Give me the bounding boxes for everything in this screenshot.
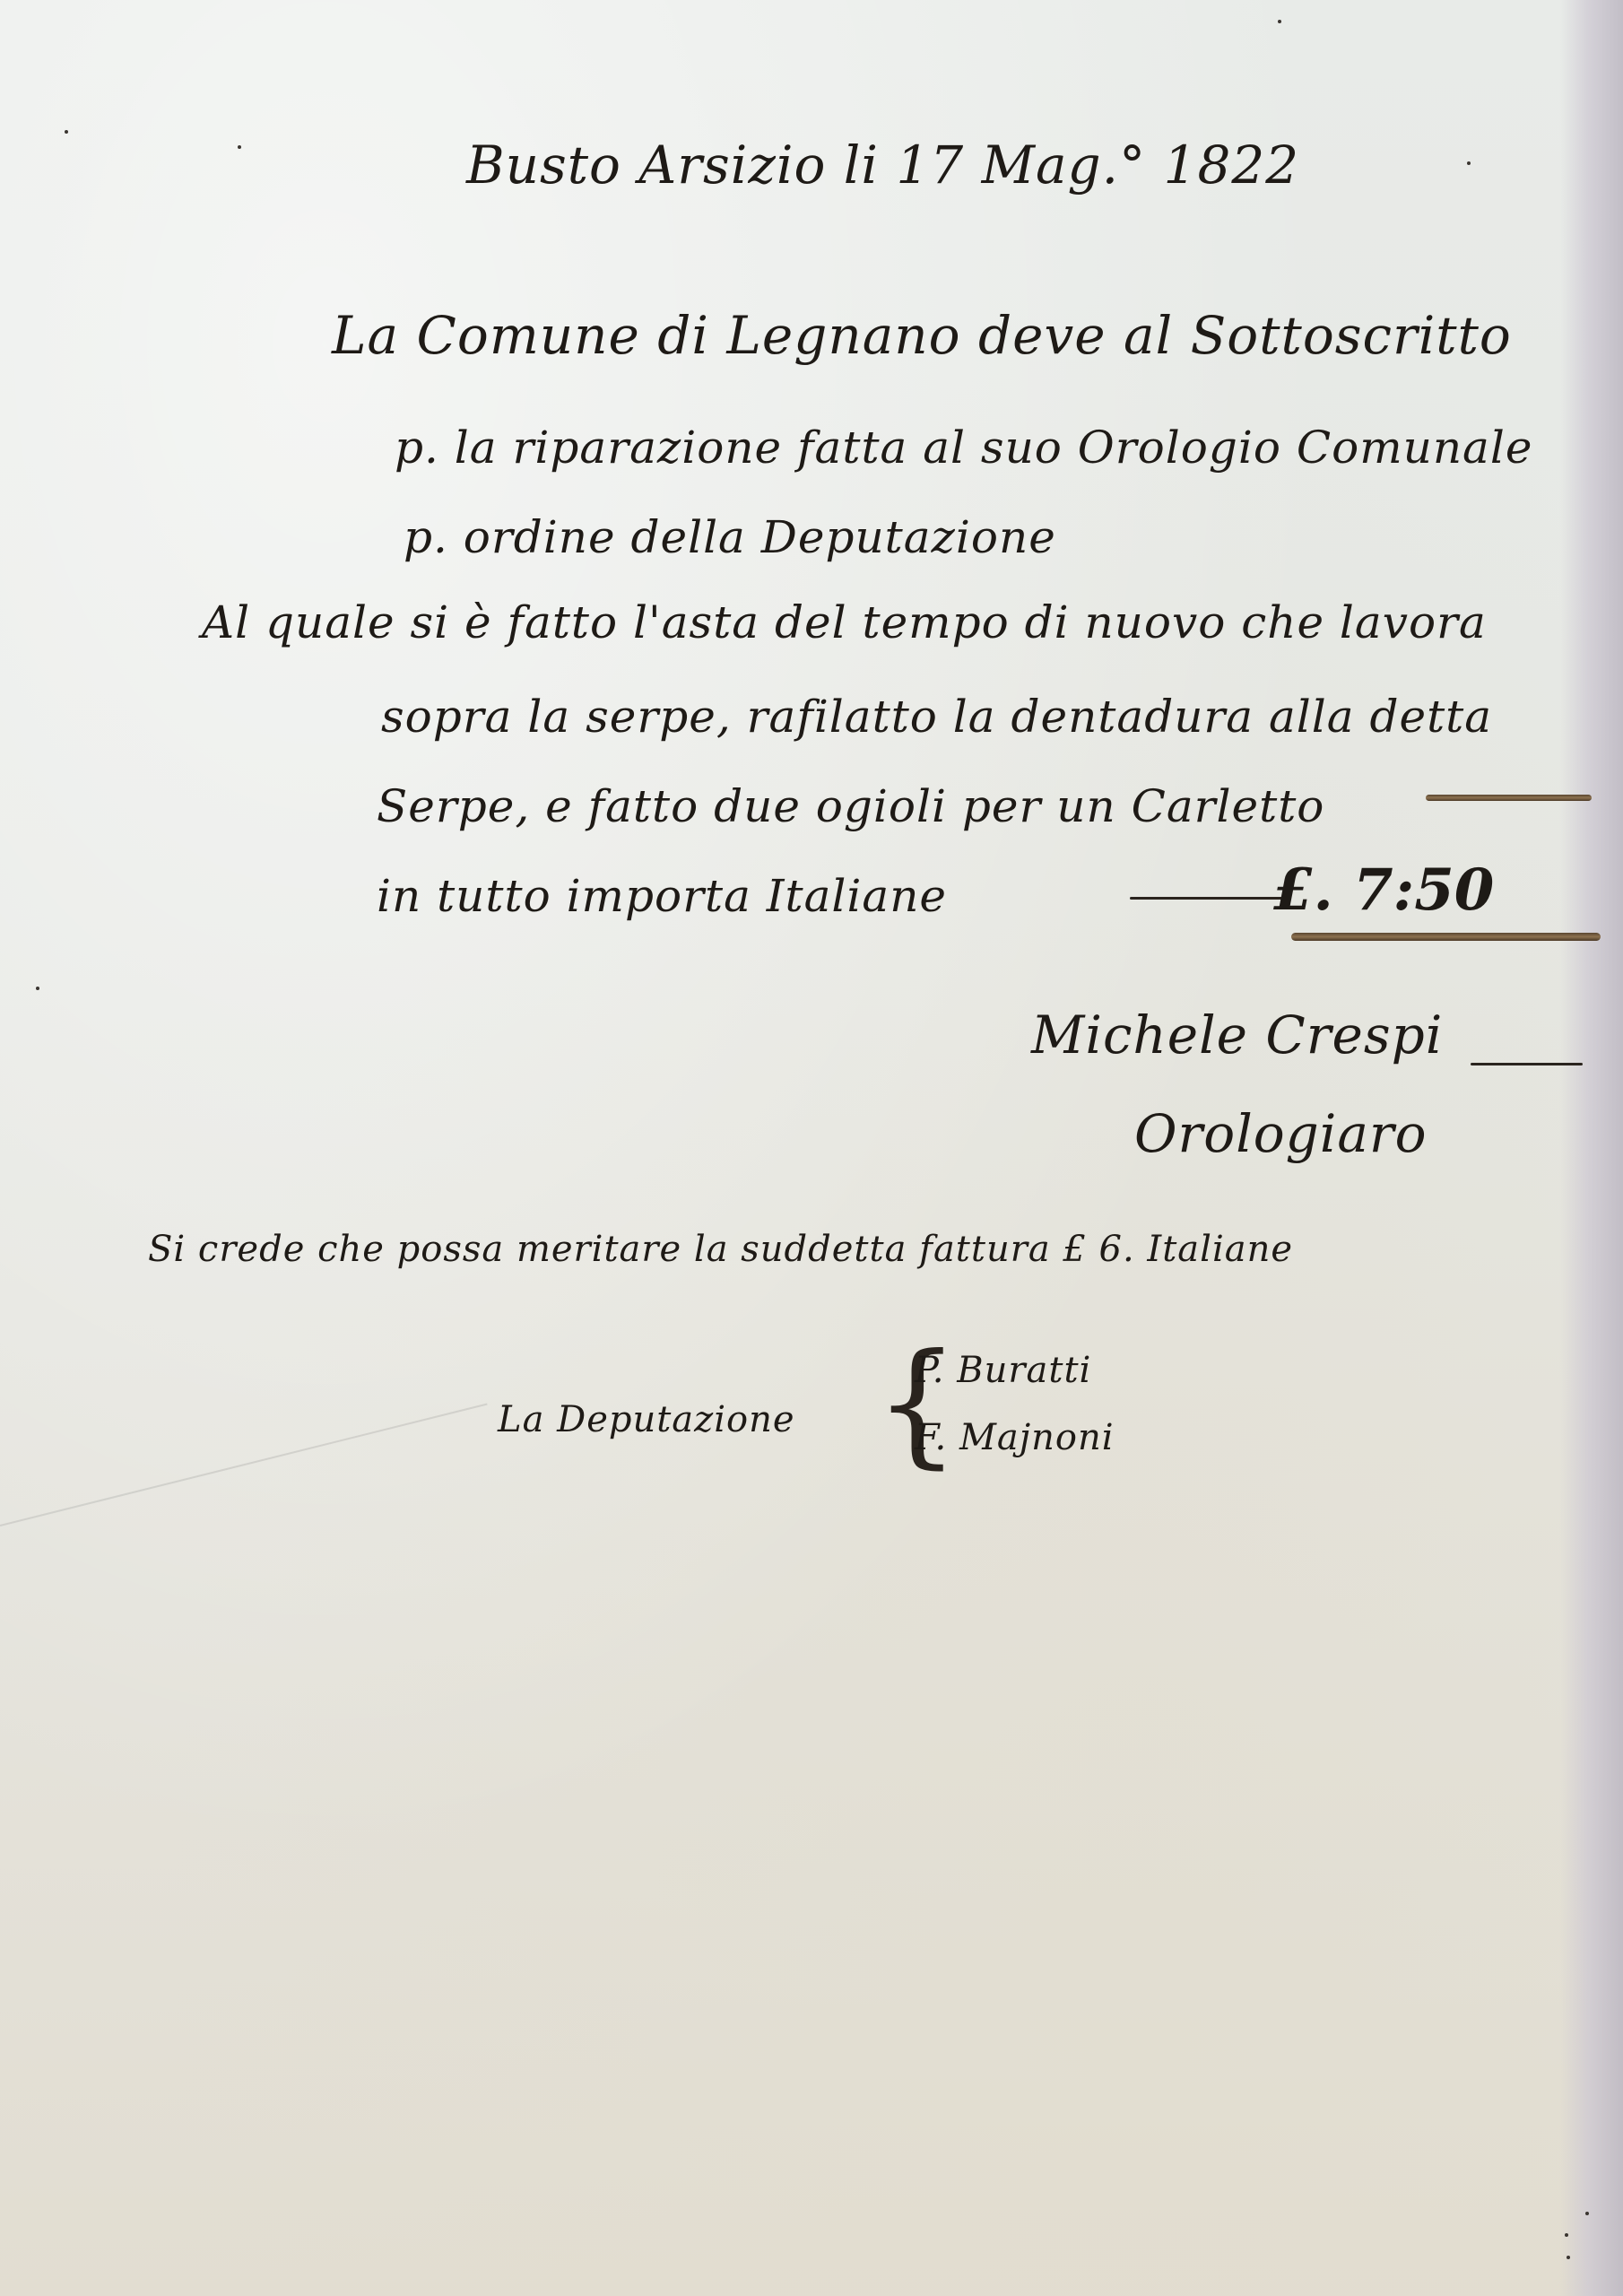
body-line-6: Serpe, e fatto due ogioli per un Carlett… <box>377 780 1324 832</box>
signature-name: Michele Crespi <box>1031 1004 1443 1065</box>
body-line-3: p. ordine della Deputazione <box>404 511 1056 563</box>
filler-dash <box>1130 897 1282 900</box>
place-date: Busto Arsizio li 17 Mag.° 1822 <box>466 135 1299 196</box>
paper-speck <box>65 130 68 134</box>
amount-underline <box>1291 933 1601 941</box>
body-line-5: sopra la serpe, rafilatto la dentadura a… <box>381 691 1492 743</box>
total-amount: £. 7:50 <box>1273 857 1494 924</box>
signatory-2: F. Majnoni <box>915 1417 1115 1458</box>
paper-speck <box>1467 161 1471 165</box>
paper-speck <box>1565 2233 1568 2237</box>
document-page: Busto Arsizio li 17 Mag.° 1822 La Comune… <box>0 0 1623 2296</box>
body-line-4: Al quale si è fatto l'asta del tempo di … <box>202 596 1487 648</box>
signature-flourish <box>1471 1063 1583 1065</box>
body-line-2: p. la riparazione fatta al suo Orologio … <box>395 422 1532 474</box>
paper-edge-shadow <box>1560 0 1623 2296</box>
body-line-1: La Comune di Legnano deve al Sottoscritt… <box>332 305 1512 366</box>
signature-title: Orologiaro <box>1134 1103 1428 1164</box>
paper-speck <box>1585 2212 1589 2215</box>
paper-speck <box>36 987 39 990</box>
paper-speck <box>1278 20 1281 23</box>
paper-speck <box>1567 2256 1570 2259</box>
filler-rule <box>1426 795 1592 801</box>
signatory-1: P. Buratti <box>915 1350 1091 1391</box>
body-line-7: in tutto importa Italiane <box>377 870 947 922</box>
deputation-label: La Deputazione <box>498 1399 795 1440</box>
paper-crease <box>0 1404 488 1526</box>
paper-speck <box>238 145 241 149</box>
approval-note: Si crede che possa meritare la suddetta … <box>148 1229 1293 1270</box>
